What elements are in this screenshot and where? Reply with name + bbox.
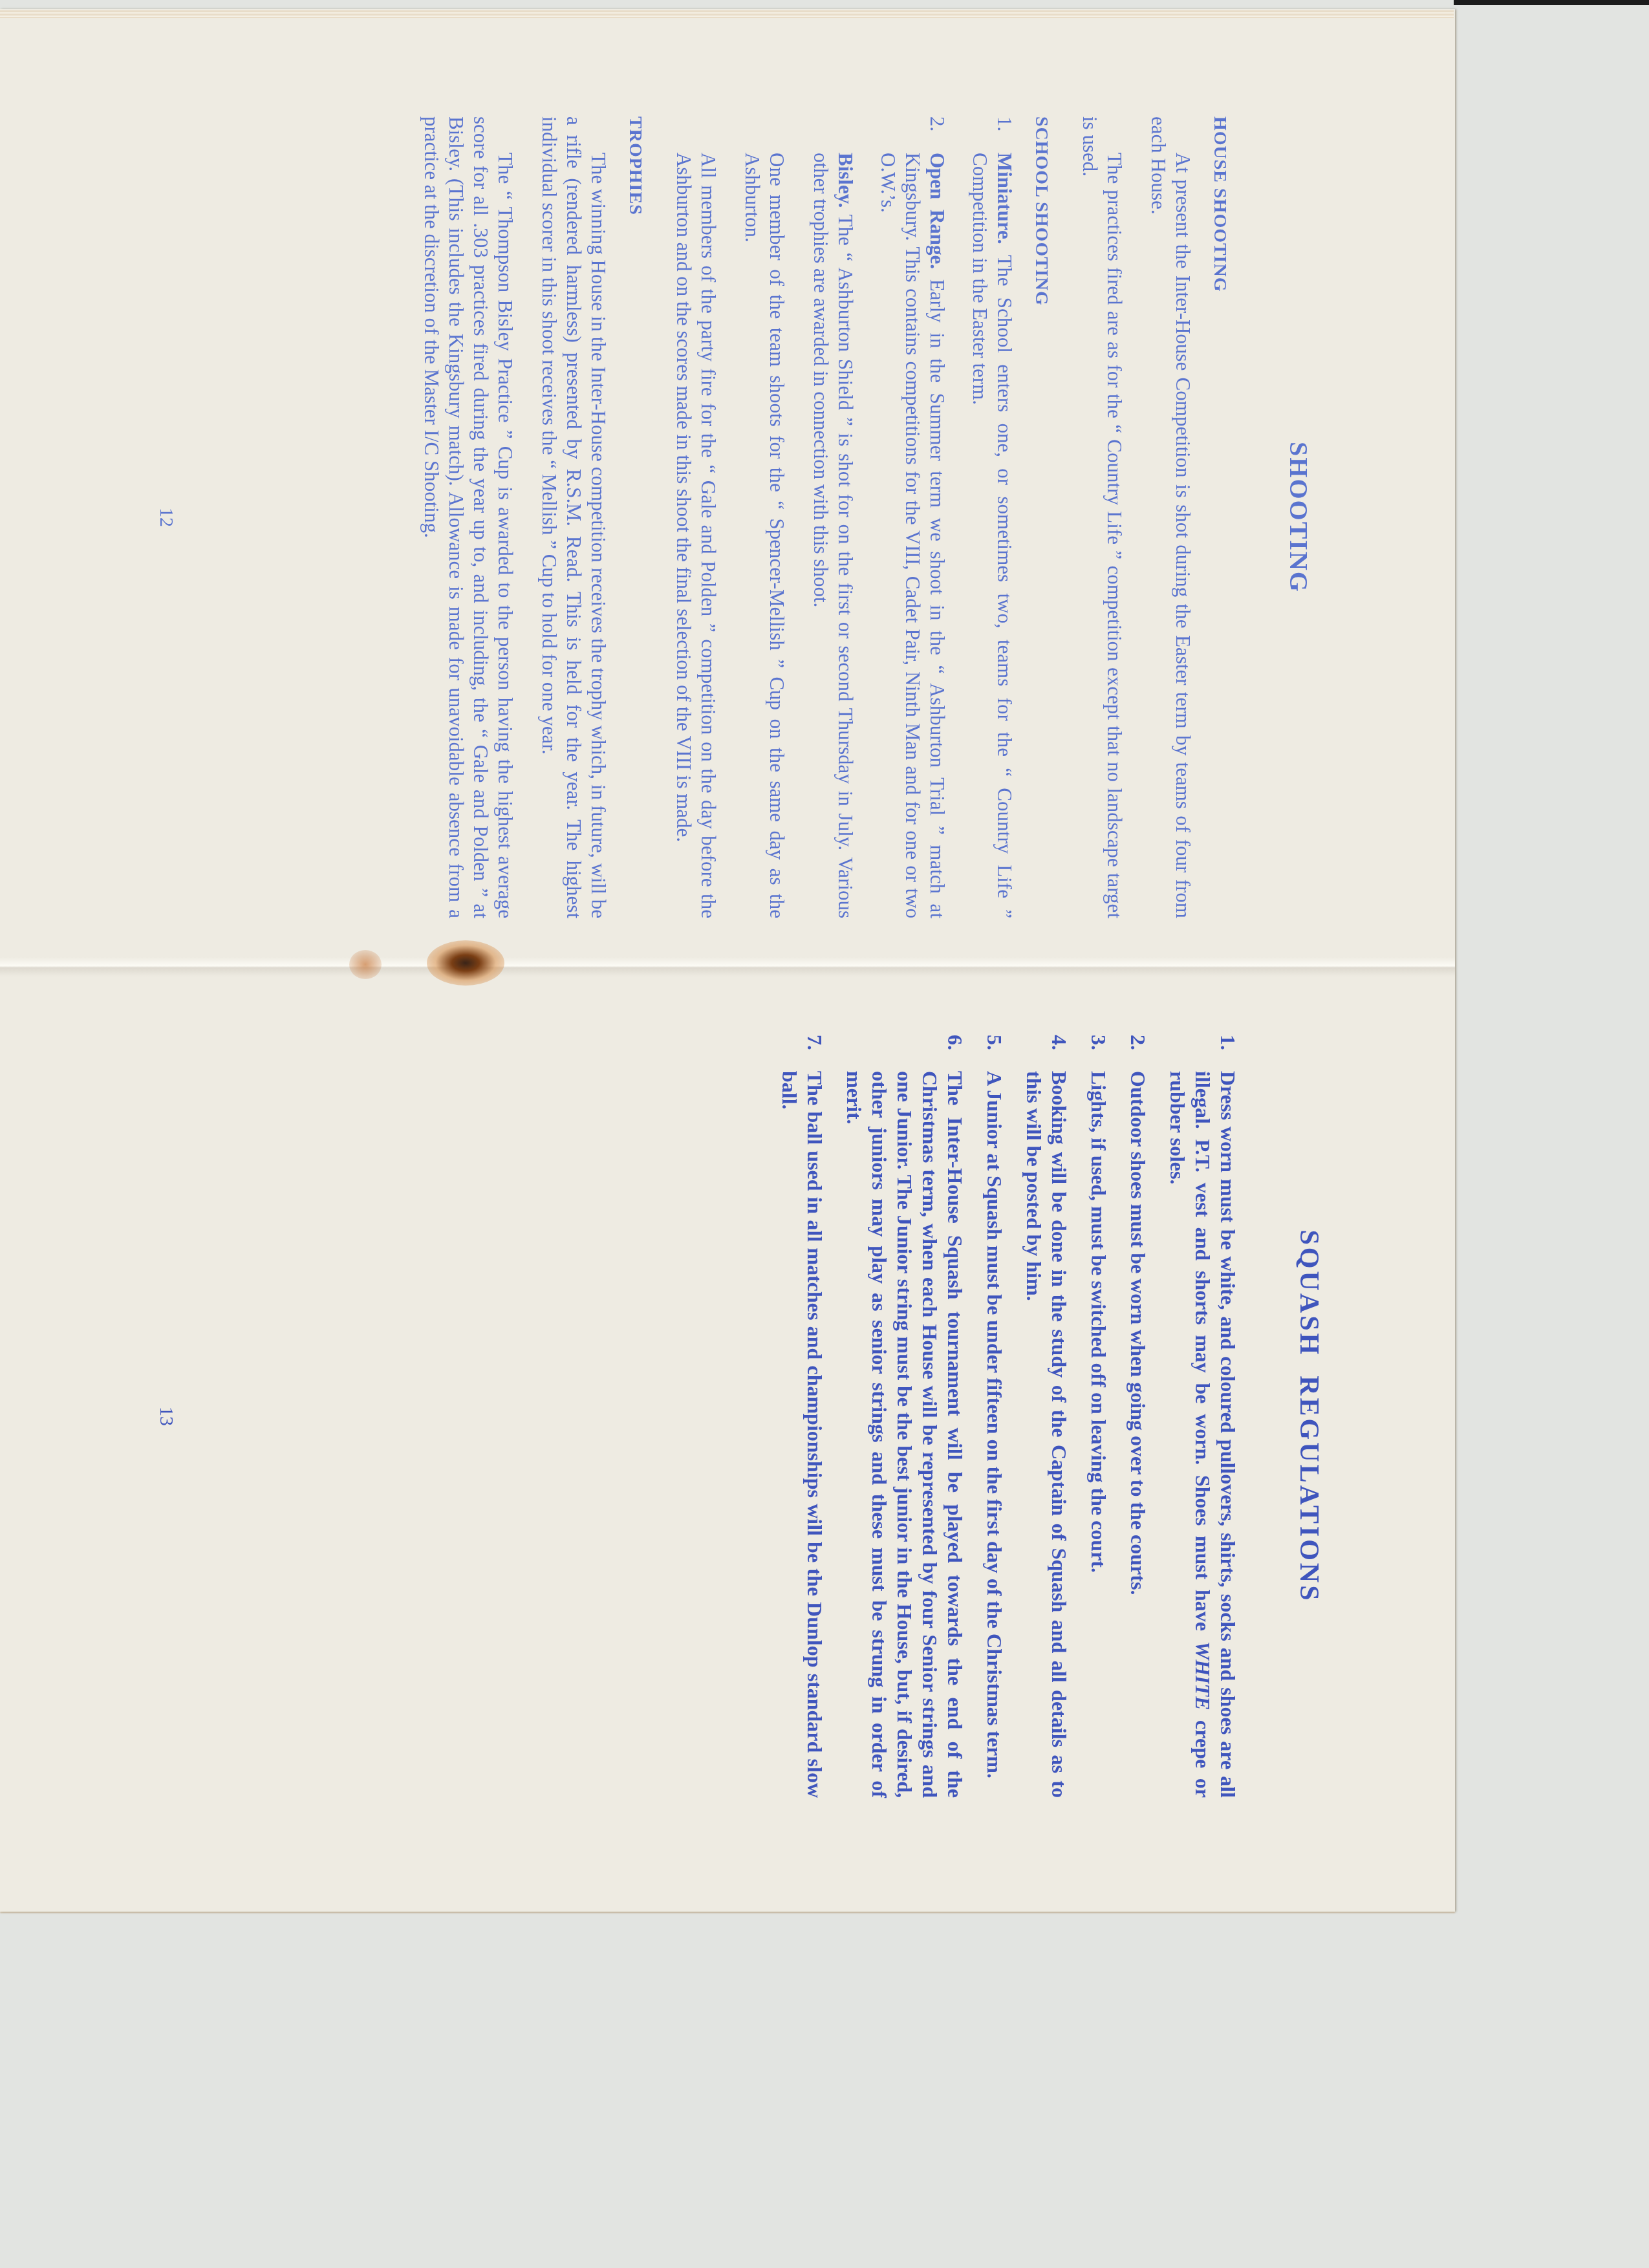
bisley-text: The “ Ashburton Shield ” is shot for on … [810,153,857,918]
scanner-edge-strip [1454,0,1649,5]
list-item: 7. The ball used in all matches and cham… [777,1035,827,1798]
section-heading-house-shooting: HOUSE SHOOTING [1209,116,1230,918]
list-item: 3. Lights, if used, must be switched off… [1086,1035,1111,1798]
list-item: 4. Booking will be done in the study of … [1021,1035,1072,1798]
item-number: 7. [777,1035,827,1071]
rust-stain [427,940,504,986]
page-content: 1. Dress worn must be white, and coloure… [777,1035,1266,1798]
bisley-paragraph: Bisley. The “ Ashburton Shield ” is shot… [808,153,857,918]
paragraph: The practices fired are as for the “ Cou… [1077,116,1126,918]
item-number: 6. [841,1035,967,1071]
page-shooting: SHOOTING HOUSE SHOOTING At present the I… [129,116,1345,918]
item-lead: Miniature. [993,153,1016,244]
paragraph: The winning House in the Inter-House com… [537,116,610,918]
item-number: 3. [1086,1035,1111,1071]
item-text: The School enters one, or sometimes two,… [969,153,1016,918]
item-text: Booking will be done in the study of the… [1021,1071,1072,1798]
paragraph: The “ Thompson Bisley Practice ” Cup is … [419,116,517,918]
page-number: 12 [155,116,177,918]
page-squash-regulations: SQUASH REGULATIONS 1. Dress worn must be… [129,1035,1345,1798]
rust-stain-small [349,950,382,979]
paragraph: One member of the team shoots for the “ … [740,153,789,918]
list-item: 5. A Junior at Squash must be under fift… [982,1035,1007,1798]
page-content: HOUSE SHOOTING At present the Inter-Hous… [419,116,1230,918]
item-number: 1. [1165,1035,1240,1071]
stacked-page-edges [0,10,1454,18]
item-text: Lights, if used, must be switched off on… [1086,1071,1111,1798]
paragraph: At present the Inter-House Competition i… [1146,116,1195,918]
item-text: The ball used in all matches and champio… [777,1071,827,1798]
page-title: SQUASH REGULATIONS [1266,1035,1345,1798]
list-item: 1. Dress worn must be white, and coloure… [1165,1035,1240,1798]
section-heading-school-shooting: SCHOOL SHOOTING [1031,116,1051,918]
list-item: 6. The Inter-House Squash tournament wil… [841,1035,967,1798]
bisley-lead: Bisley. [834,153,857,208]
item-lead: Open Range. [926,153,949,269]
item-text: A Junior at Squash must be under fifteen… [982,1071,1007,1798]
item-number: 2. [1125,1035,1150,1071]
item-emphasis: WHITE [1191,1641,1214,1711]
paragraph: All members of the party fire for the “ … [671,153,720,918]
list-item: 2. Outdoor shoes must be worn when going… [1125,1035,1150,1798]
item-number: 2. [876,116,949,153]
item-text: The Inter-House Squash tournament will b… [841,1071,967,1798]
list-item: 2. Open Range. Early in the Summer term … [876,116,949,918]
item-number: 5. [982,1035,1007,1071]
page-title: SHOOTING [1256,116,1345,918]
item-text: Outdoor shoes must be worn when going ov… [1125,1071,1150,1798]
section-heading-trophies: TROPHIES [625,116,645,918]
list-item: 1. Miniature. The School enters one, or … [967,116,1017,918]
item-body: Open Range. Early in the Summer term we … [876,153,949,918]
center-fold [0,957,1455,977]
item-body: Miniature. The School enters one, or som… [967,153,1017,918]
page-number: 13 [155,1035,177,1798]
item-body: Dress worn must be white, and coloured p… [1165,1071,1240,1798]
item-number: 1. [967,116,1017,153]
item-number: 4. [1021,1035,1072,1071]
